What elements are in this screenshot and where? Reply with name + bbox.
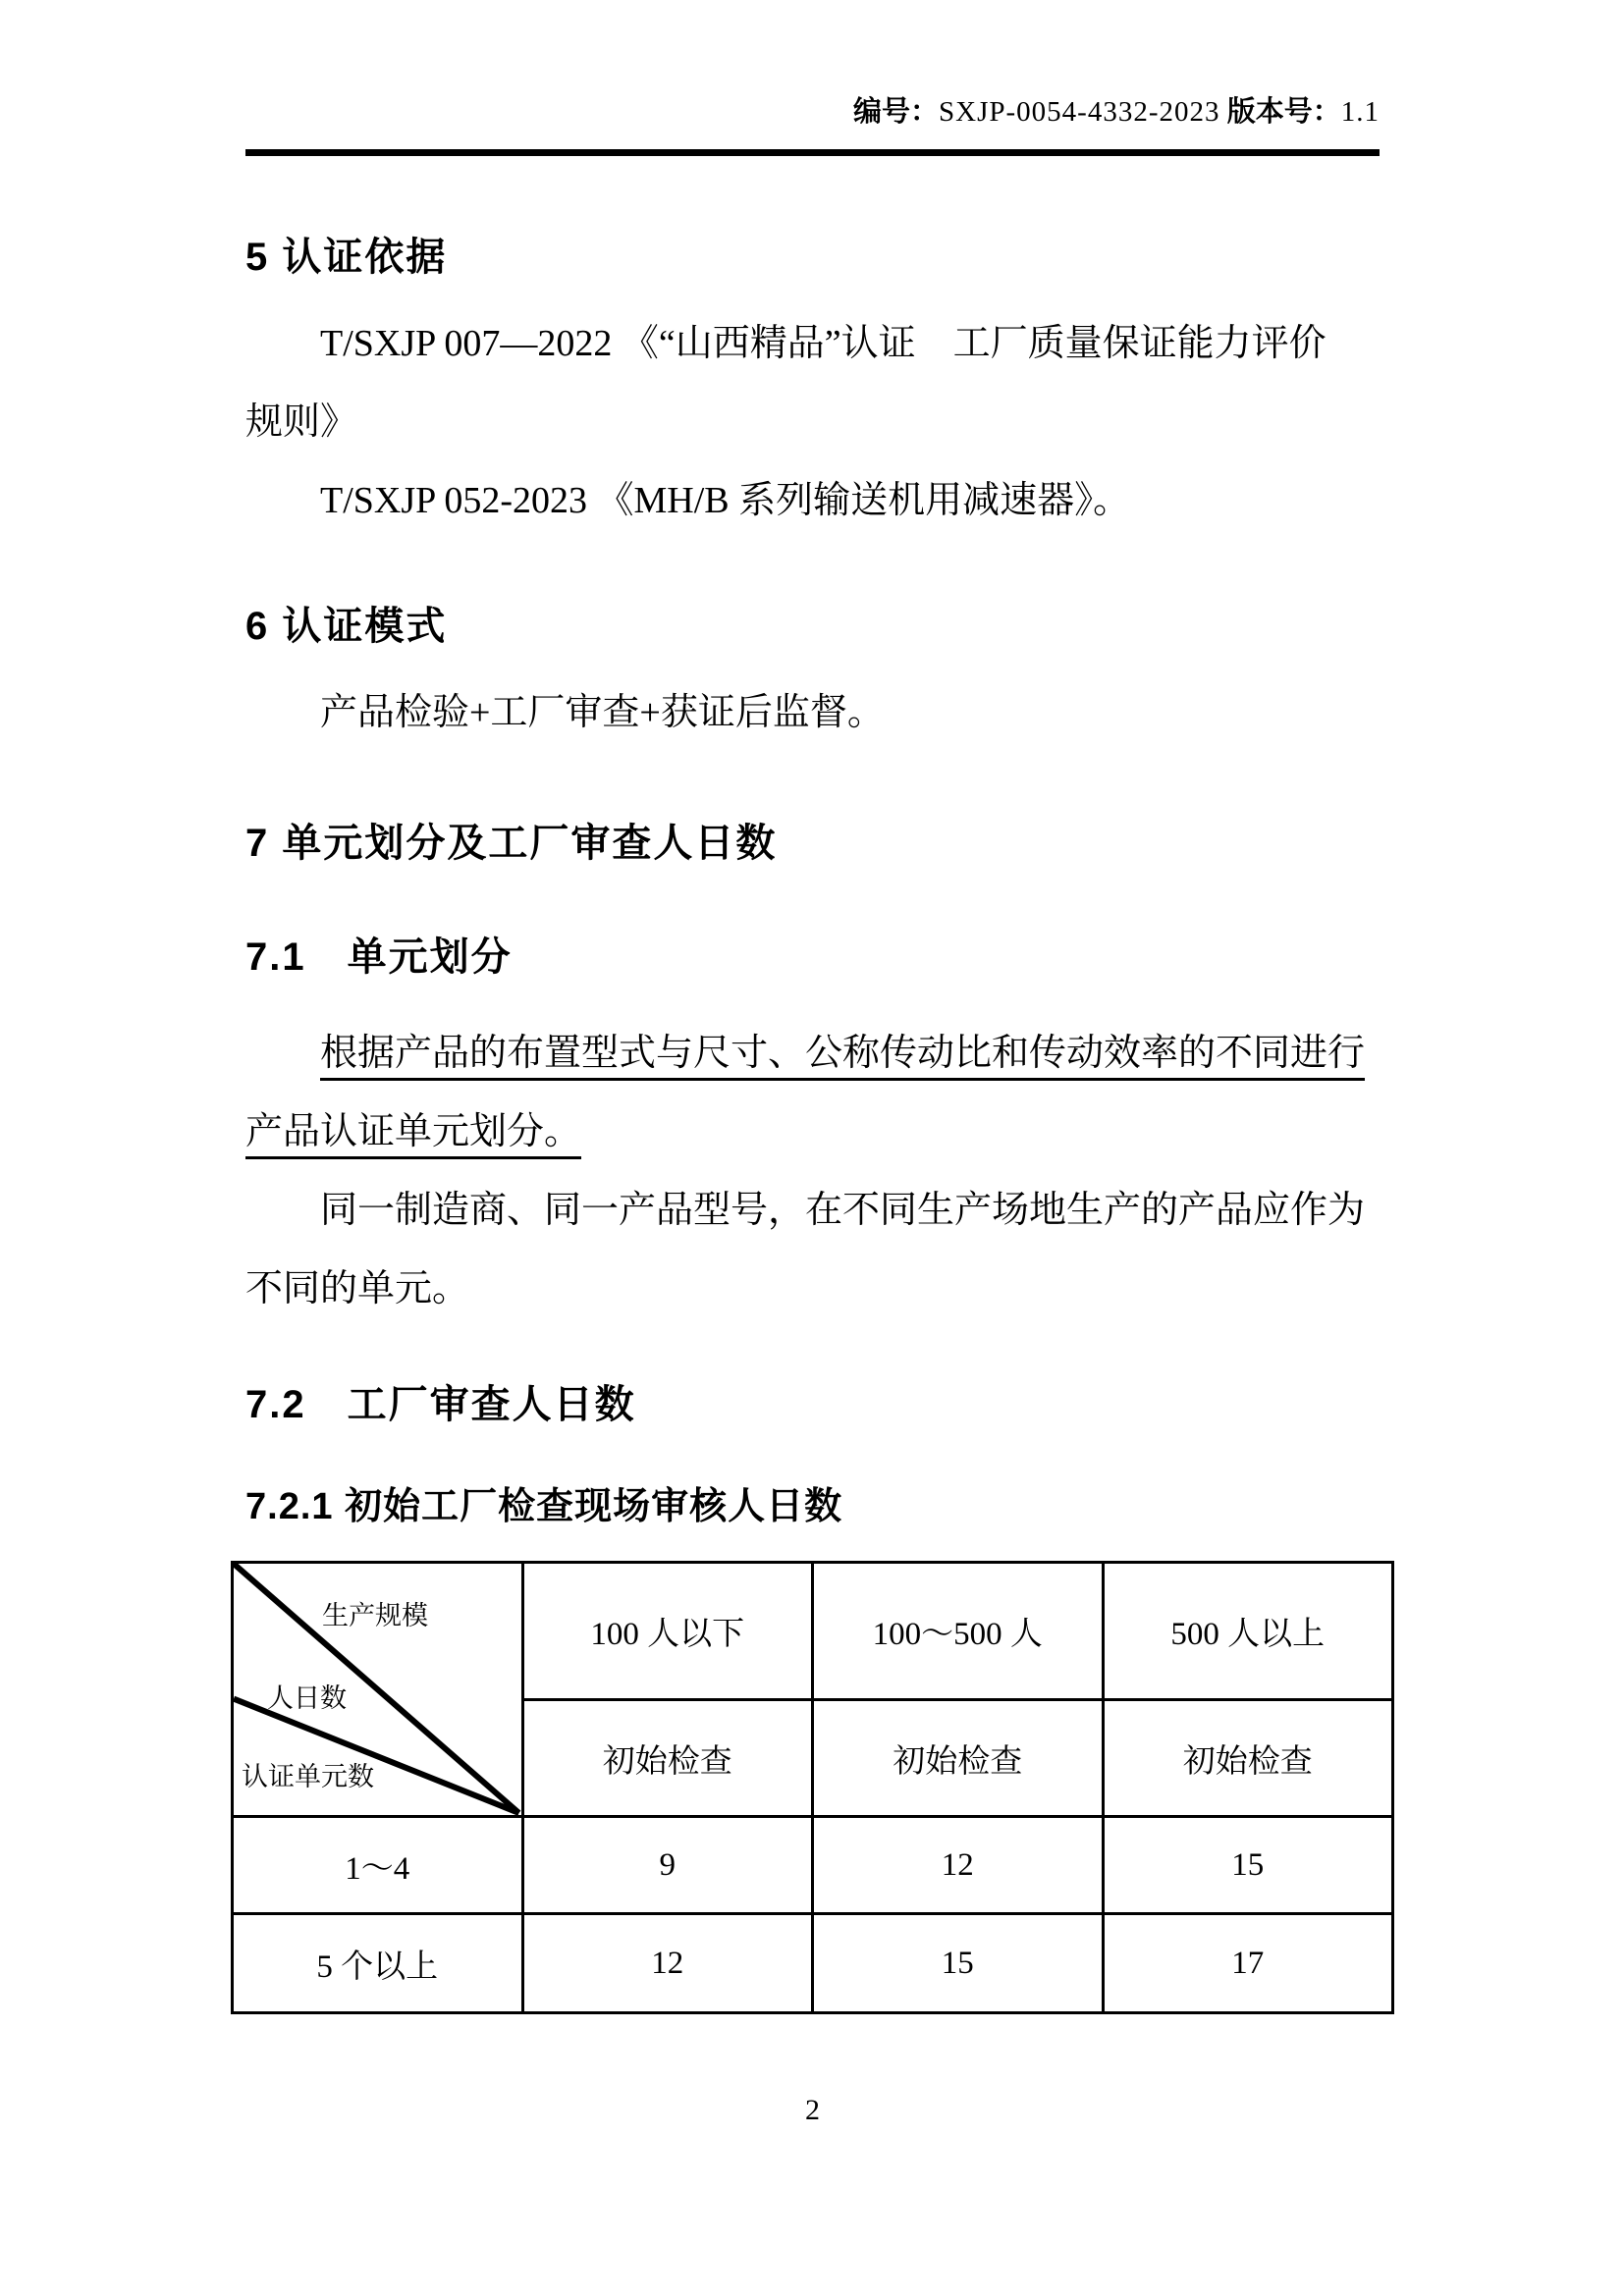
table-cell: 17 bbox=[1103, 1914, 1393, 2013]
row-label: 5 个以上 bbox=[233, 1914, 523, 2013]
para-line: T/SXJP 052-2023 《MH/B 系列输送机用减速器》。 bbox=[245, 461, 1380, 540]
section-6-heading: 6 认证模式 bbox=[245, 599, 1380, 654]
header-rule bbox=[245, 149, 1380, 156]
table-cell: 9 bbox=[522, 1817, 813, 1914]
column-header: 500 人以上 bbox=[1103, 1563, 1393, 1700]
section-7-heading: 7 单元划分及工厂审查人日数 bbox=[245, 816, 1380, 871]
document-page: 编号：SXJP-0054-4332-2023 版本号：1.1 5 认证依据 T/… bbox=[0, 0, 1624, 2296]
table-row: 5 个以上 12 15 17 bbox=[233, 1914, 1393, 2013]
corner-cell: 生产规模 人日数 认证单元数 bbox=[233, 1563, 523, 1817]
table-cell: 15 bbox=[813, 1914, 1104, 2013]
table-row: 1～4 9 12 15 bbox=[233, 1817, 1393, 1914]
para-line: 产品检验+工厂审查+获证后监督。 bbox=[245, 673, 1380, 752]
section-7-2-heading: 7.2 工厂审查人日数 bbox=[245, 1377, 1380, 1432]
underlined-text: 产品认证单元划分。 bbox=[245, 1111, 581, 1152]
table-header-row: 生产规模 人日数 认证单元数 100 人以下 100～500 人 500 人以上 bbox=[233, 1563, 1393, 1700]
version-label: 版本号： bbox=[1227, 96, 1341, 128]
para-line: 同一制造商、同一产品型号，在不同生产场地生产的产品应作为 bbox=[245, 1171, 1380, 1250]
subheader-cell: 初始检查 bbox=[1103, 1700, 1393, 1817]
column-header: 100～500 人 bbox=[813, 1563, 1104, 1700]
column-header: 100 人以下 bbox=[522, 1563, 813, 1700]
para-line-underlined: 产品认证单元划分。 bbox=[245, 1093, 1380, 1171]
subheader-cell: 初始检查 bbox=[813, 1700, 1104, 1817]
table-cell: 12 bbox=[522, 1914, 813, 2013]
section-7-1-body: 根据产品的布置型式与尺寸、公称传动比和传动效率的不同进行 产品认证单元划分。 同… bbox=[245, 1014, 1380, 1328]
section-7-1-heading: 7.1 单元划分 bbox=[245, 930, 1380, 985]
section-6-body: 产品检验+工厂审查+获证后监督。 bbox=[245, 673, 1380, 752]
section-5-heading: 5 认证依据 bbox=[245, 230, 1380, 285]
doc-number-label: 编号： bbox=[853, 96, 939, 128]
section-7-2-1-heading: 7.2.1 初始工厂检查现场审核人日数 bbox=[245, 1481, 1380, 1532]
section-5-body: T/SXJP 007—2022 《“山西精品”认证 工厂质量保证能力评价 规则》… bbox=[245, 304, 1380, 540]
page-number: 2 bbox=[245, 2091, 1380, 2130]
subheader-cell: 初始检查 bbox=[522, 1700, 813, 1817]
doc-number-value: SXJP-0054-4332-2023 bbox=[939, 96, 1219, 128]
version-value: 1.1 bbox=[1341, 96, 1380, 128]
corner-label-cert-units: 认证单元数 bbox=[242, 1762, 374, 1791]
running-header: 编号：SXJP-0054-4332-2023 版本号：1.1 bbox=[245, 90, 1380, 133]
table-cell: 15 bbox=[1103, 1817, 1393, 1914]
para-line: T/SXJP 007—2022 《“山西精品”认证 工厂质量保证能力评价 bbox=[245, 304, 1380, 383]
para-line: 规则》 bbox=[245, 383, 1380, 461]
audit-person-days-table: 生产规模 人日数 认证单元数 100 人以下 100～500 人 500 人以上… bbox=[231, 1561, 1394, 2014]
underlined-text: 根据产品的布置型式与尺寸、公称传动比和传动效率的不同进行 bbox=[320, 1033, 1365, 1074]
para-line: 不同的单元。 bbox=[245, 1250, 1380, 1328]
corner-label-production-scale: 生产规模 bbox=[322, 1601, 428, 1630]
row-label: 1～4 bbox=[233, 1817, 523, 1914]
para-line-underlined: 根据产品的布置型式与尺寸、公称传动比和传动效率的不同进行 bbox=[245, 1014, 1380, 1093]
table-cell: 12 bbox=[813, 1817, 1104, 1914]
corner-label-person-days: 人日数 bbox=[267, 1683, 347, 1713]
